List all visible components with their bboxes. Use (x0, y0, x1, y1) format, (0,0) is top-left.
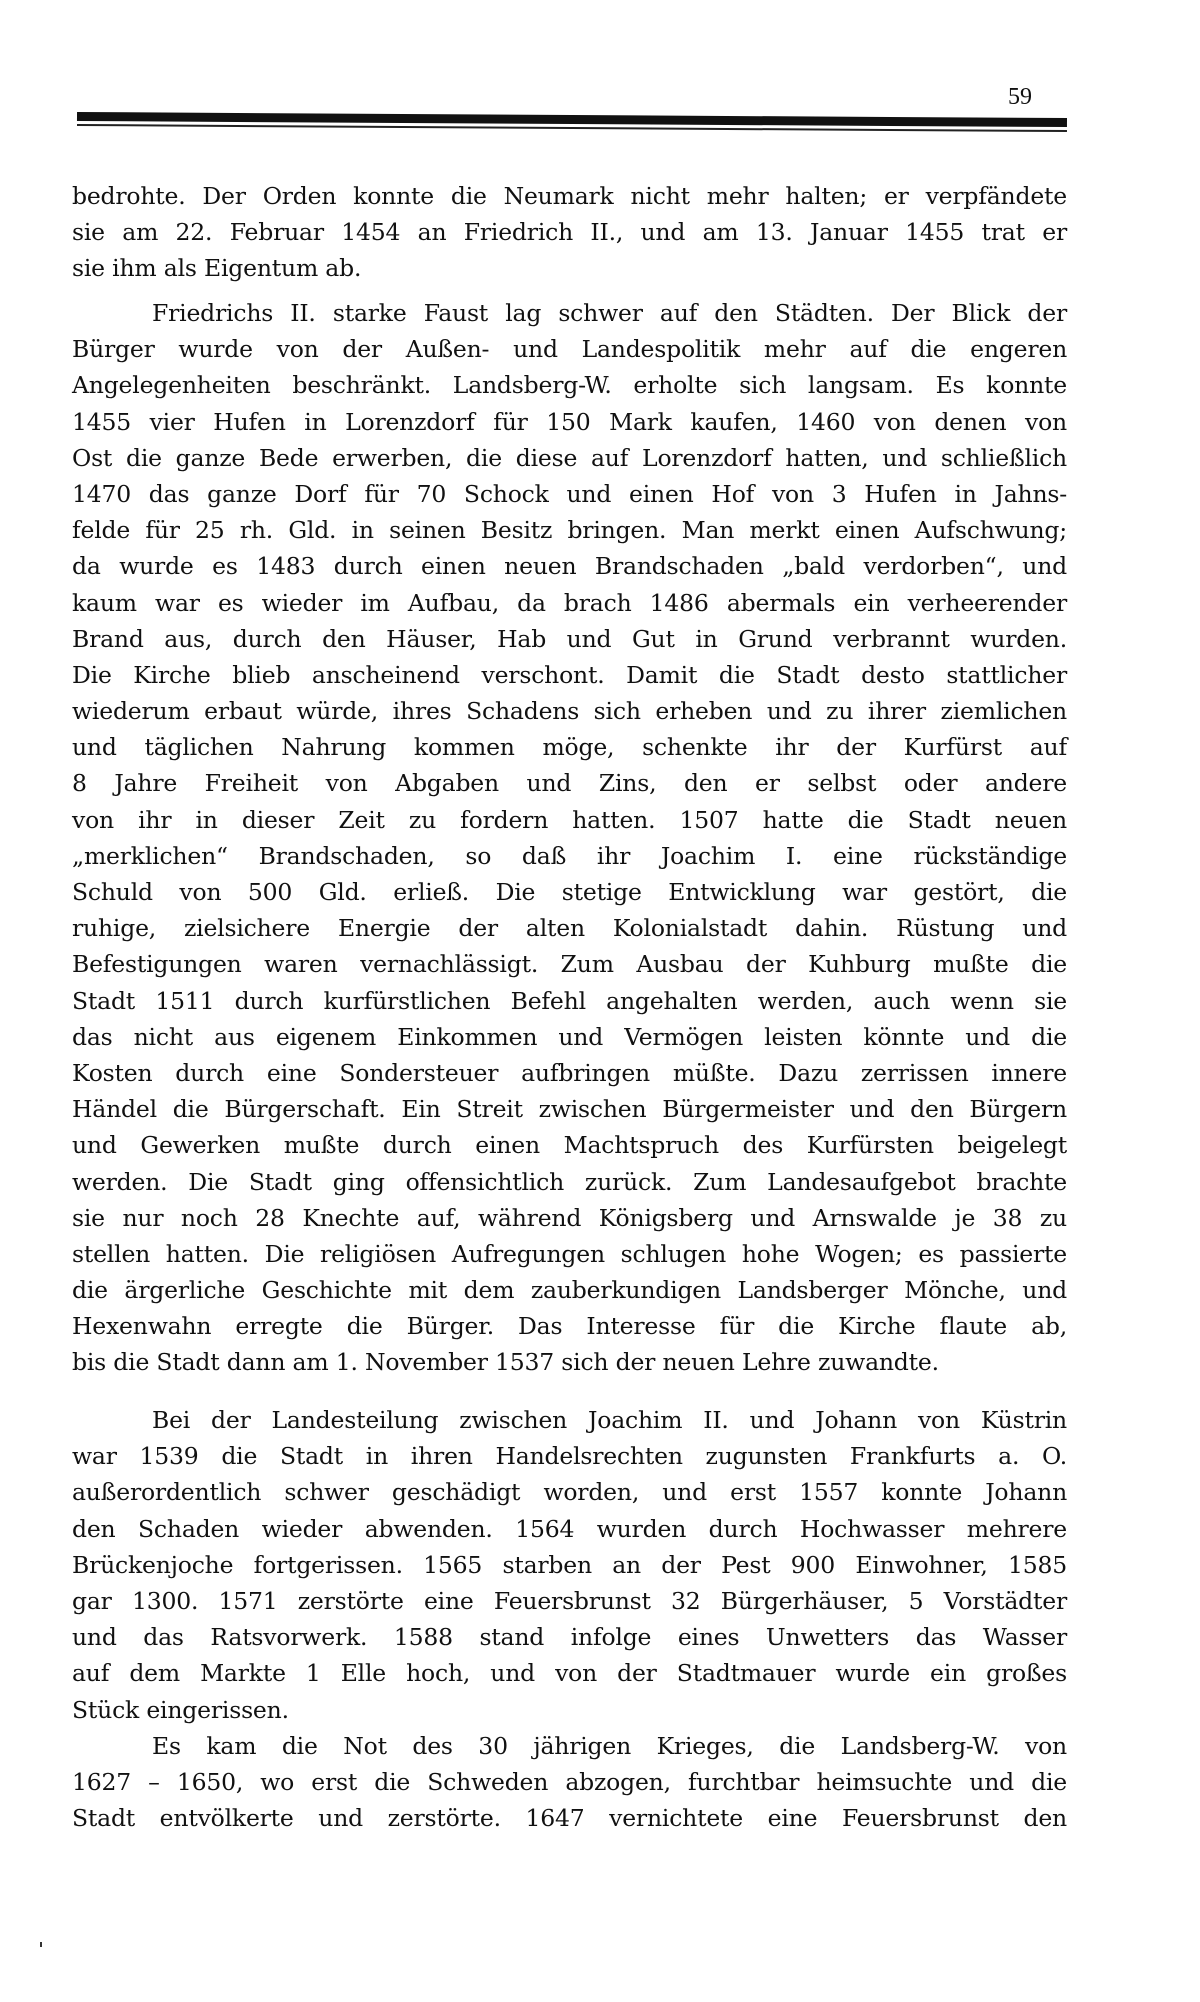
paragraph: bedrohte. Der Orden konnte die Neumark n… (72, 178, 1067, 287)
text-line: Stadt 1511 durch kurfürstlichen Befehl a… (72, 983, 1067, 1019)
text-line: Stadt entvölkerte und zerstörte. 1647 ve… (72, 1800, 1067, 1836)
text-line: ruhige, zielsichere Energie der alten Ko… (72, 910, 1067, 946)
paragraph: Es kam die Not des 30 jährigen Krieges, … (72, 1728, 1067, 1837)
text-line: Bei der Landesteilung zwischen Joachim I… (72, 1402, 1067, 1438)
page-number: 59 (1008, 84, 1032, 111)
text-line: und das Ratsvorwerk. 1588 stand infolge … (72, 1619, 1067, 1655)
text-line: sie ihm als Eigentum ab. (72, 250, 1067, 286)
text-line: auf dem Markte 1 Elle hoch, und von der … (72, 1655, 1067, 1691)
scan-speck (40, 1942, 42, 1947)
text-line: felde für 25 rh. Gld. in seinen Besitz b… (72, 512, 1067, 548)
text-line: bedrohte. Der Orden konnte die Neumark n… (72, 178, 1067, 214)
text-line: Friedrichs II. starke Faust lag schwer a… (72, 295, 1067, 331)
text-line: Schuld von 500 Gld. erließ. Die stetige … (72, 874, 1067, 910)
text-line: von ihr in dieser Zeit zu fordern hatten… (72, 802, 1067, 838)
text-line: da wurde es 1483 durch einen neuen Brand… (72, 548, 1067, 584)
text-line: Brand aus, durch den Häuser, Hab und Gut… (72, 621, 1067, 657)
text-line: Händel die Bürgerschaft. Ein Streit zwis… (72, 1091, 1067, 1127)
text-line: und täglichen Nahrung kommen möge, schen… (72, 729, 1067, 765)
text-line: kaum war es wieder im Aufbau, da brach 1… (72, 585, 1067, 621)
text-line: das nicht aus eigenem Einkommen und Verm… (72, 1019, 1067, 1055)
text-line: sie nur noch 28 Knechte auf, während Kön… (72, 1200, 1067, 1236)
text-line: Brückenjoche fortgerissen. 1565 starben … (72, 1547, 1067, 1583)
text-line: außerordentlich schwer geschädigt worden… (72, 1474, 1067, 1510)
text-line: den Schaden wieder abwenden. 1564 wurden… (72, 1511, 1067, 1547)
text-line: werden. Die Stadt ging offensichtlich zu… (72, 1164, 1067, 1200)
text-line: die ärgerliche Geschichte mit dem zauber… (72, 1272, 1067, 1308)
text-line: Stück eingerissen. (72, 1692, 1067, 1728)
text-line: Angelegenheiten beschränkt. Landsberg-W.… (72, 367, 1067, 403)
text-line: 1455 vier Hufen in Lorenzdorf für 150 Ma… (72, 404, 1067, 440)
text-line: „merklichen“ Brandschaden, so daß ihr Jo… (72, 838, 1067, 874)
text-line: sie am 22. Februar 1454 an Friedrich II.… (72, 214, 1067, 250)
text-line: 1470 das ganze Dorf für 70 Schock und ei… (72, 476, 1067, 512)
text-line: war 1539 die Stadt in ihren Handelsrecht… (72, 1438, 1067, 1474)
text-line: Bürger wurde von der Außen- und Landespo… (72, 331, 1067, 367)
text-line: Ost die ganze Bede erwerben, die diese a… (72, 440, 1067, 476)
text-line: Kosten durch eine Sondersteuer aufbringe… (72, 1055, 1067, 1091)
text-line: Die Kirche blieb anscheinend verschont. … (72, 657, 1067, 693)
text-line: bis die Stadt dann am 1. November 1537 s… (72, 1344, 1067, 1380)
paragraph: Bei der Landesteilung zwischen Joachim I… (72, 1402, 1067, 1728)
text-line: Es kam die Not des 30 jährigen Krieges, … (72, 1728, 1067, 1764)
text-line: stellen hatten. Die religiösen Aufregung… (72, 1236, 1067, 1272)
text-line: Hexenwahn erregte die Bürger. Das Intere… (72, 1308, 1067, 1344)
text-line: wiederum erbaut würde, ihres Schadens si… (72, 693, 1067, 729)
paragraph: Friedrichs II. starke Faust lag schwer a… (72, 295, 1067, 1381)
text-line: 8 Jahre Freiheit von Abgaben und Zins, d… (72, 765, 1067, 801)
text-line: 1627 – 1650, wo erst die Schweden abzoge… (72, 1764, 1067, 1800)
text-line: und Gewerken mußte durch einen Machtspru… (72, 1127, 1067, 1163)
text-line: gar 1300. 1571 zerstörte eine Feuersbrun… (72, 1583, 1067, 1619)
text-line: Befestigungen waren vernachlässigt. Zum … (72, 946, 1067, 982)
